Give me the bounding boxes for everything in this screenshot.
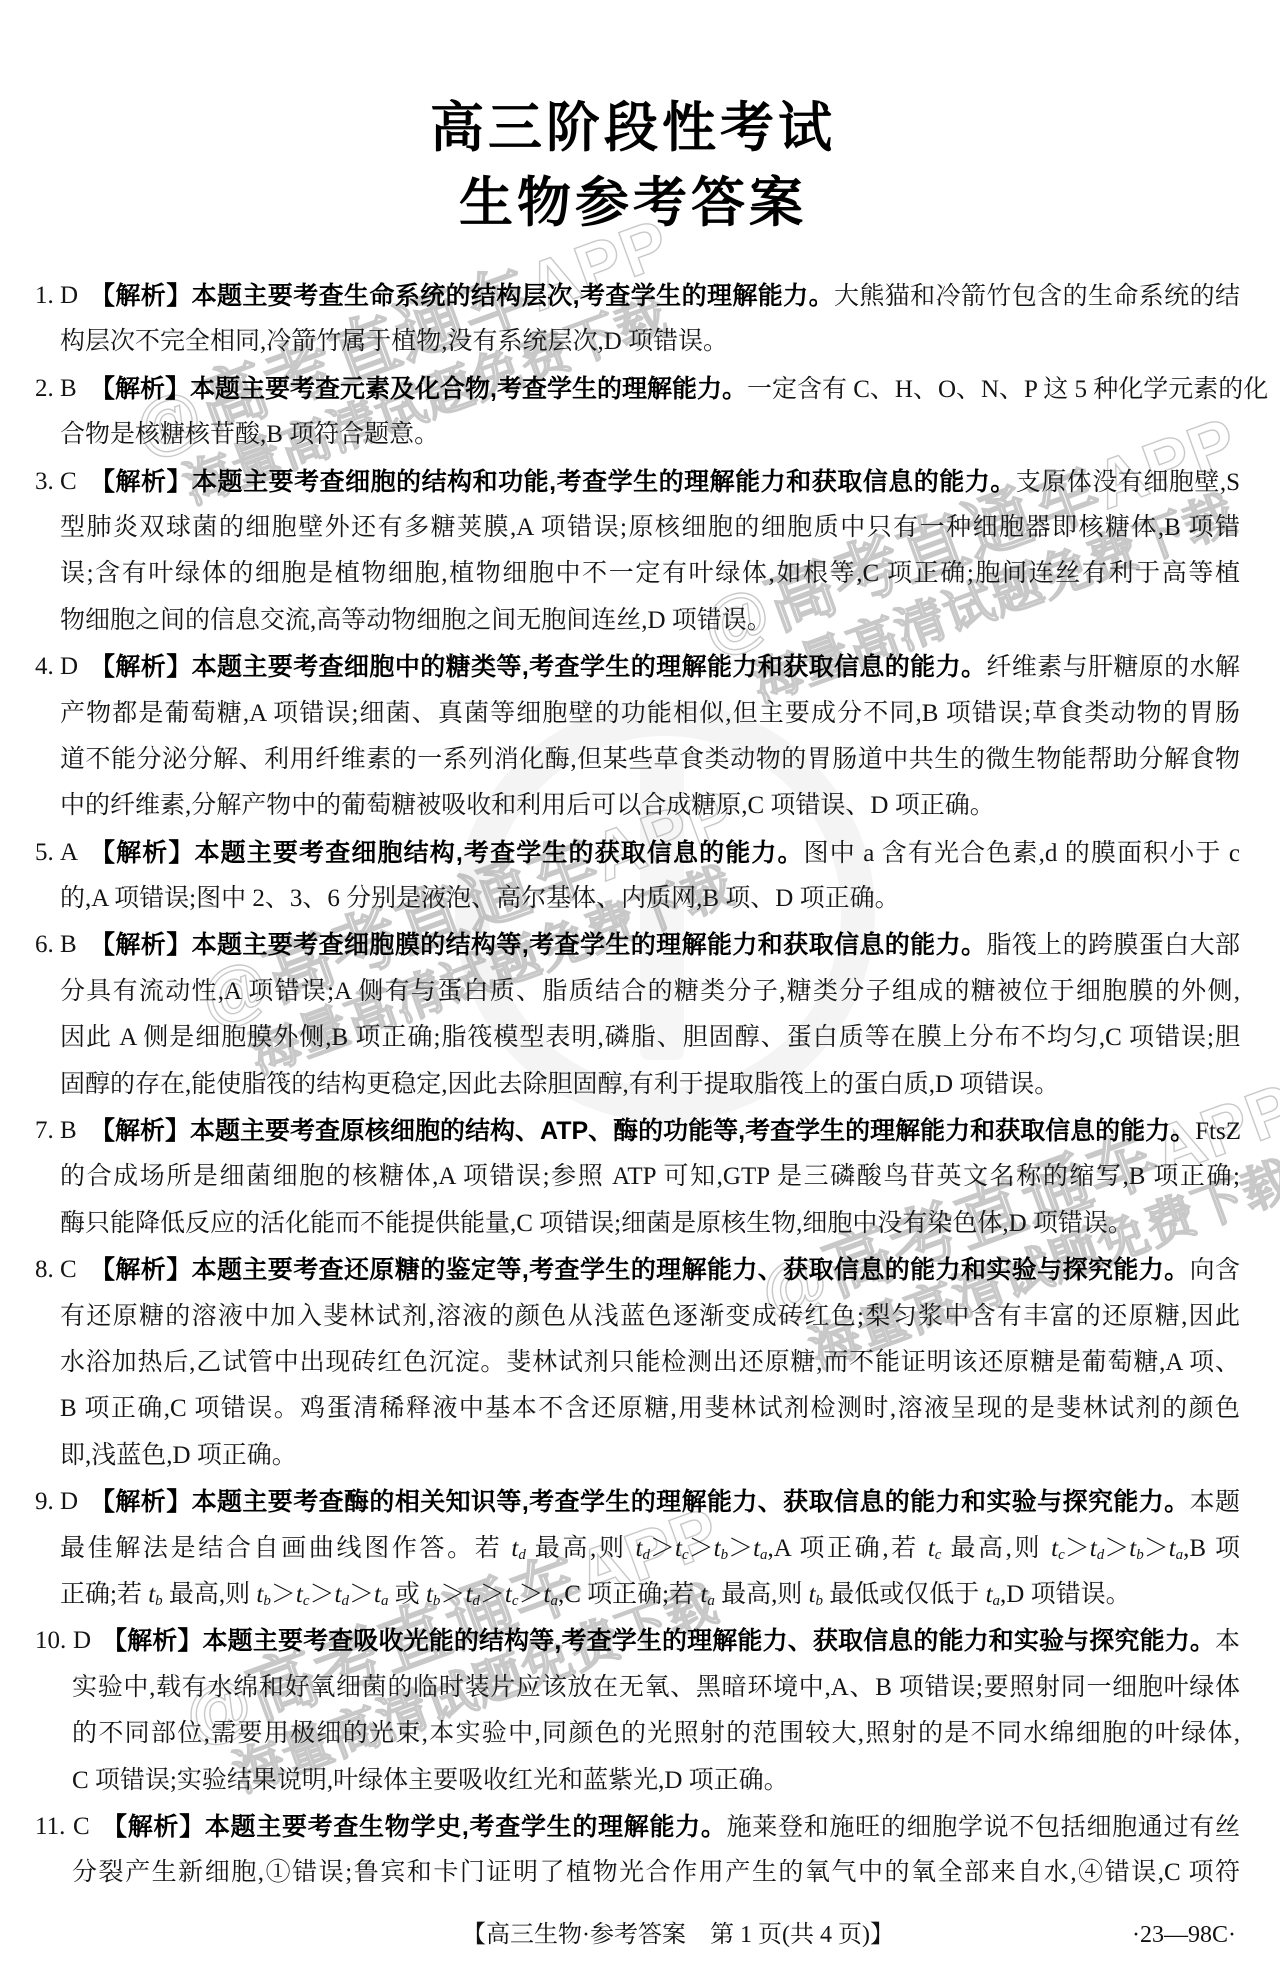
variable: ta <box>700 1581 714 1608</box>
analysis-line: 分具有流动性,A 项错误;A 侧有与蛋白质、脂质结合的糖类分子,糖类分子组成的糖… <box>0 969 1240 1015</box>
analysis-text: 【解析】本题主要考查细胞膜的结构等,考查学生的理解能力和获取信息的能力。脂筏上的… <box>90 922 1240 969</box>
analysis-text: 【解析】本题主要考查生物学史,考查学生的理解能力。施莱登和施旺的细胞学说不包括细… <box>102 1804 1240 1851</box>
variable: td <box>636 1535 650 1562</box>
question-number: 5. <box>35 830 54 876</box>
answer-list: 1. D 【解析】本题主要考查生命系统的结构层次,考查学生的理解能力。大熊猫和冷… <box>0 273 1280 1897</box>
analysis-line: 道不能分泌分解、利用纤维素的一系列消化酶,但某些草食类动物的胃肠道中共生的微生物… <box>0 737 1240 783</box>
analysis-line: 的合成场所是细菌细胞的核糖体,A 项错误;参照 ATP 可知,GTP 是三磷酸鸟… <box>0 1154 1240 1200</box>
answer-sheet-page: @高考直通车APP 海量高清试题免费下载 @高考直通车APP 海量高清试题免费下… <box>0 0 1280 1982</box>
analysis-line: 的不同部位,需要用极细的光束,本实验中,同颜色的光照射的范围较大,照射的是不同水… <box>0 1711 1240 1757</box>
analysis-text: 【解析】本题主要考查还原糖的鉴定等,考查学生的理解能力、获取信息的能力和实验与探… <box>90 1247 1240 1294</box>
analysis-line: 构层次不完全相同,冷箭竹属于植物,没有系统层次,D 项错误。 <box>0 319 1240 365</box>
analysis-tag: 【解析】 <box>90 375 190 403</box>
analysis-body: FtsZ <box>1195 1118 1241 1145</box>
answer-first-line: 7. B 【解析】本题主要考查原核细胞的结构、ATP、酶的功能等,考查学生的理解… <box>0 1108 1280 1154</box>
analysis-tag: 【解析】 <box>102 1627 203 1655</box>
analysis-line: 合物是核糖核苷酸,B 项符合题意。 <box>0 412 1240 458</box>
analysis-body: 一定含有 C、H、O、N、P 这 5 种化学元素的化 <box>747 376 1268 403</box>
analysis-line: 酶只能降低反应的活化能而不能提供能量,C 项错误;细菌是原核生物,细胞中没有染色… <box>0 1201 1240 1247</box>
analysis-line: 有还原糖的溶液中加入斐林试剂,溶液的颜色从浅蓝色逐渐变成砖红色;梨匀浆中含有丰富… <box>0 1294 1240 1340</box>
answer-letter: C <box>60 459 77 505</box>
analysis-line: 误;含有叶绿体的细胞是植物细胞,植物细胞中不一定有叶绿体,如根等,C 项正确;胞… <box>0 551 1240 597</box>
variable: tb <box>426 1581 440 1608</box>
variable: td <box>335 1581 349 1608</box>
analysis-text: 【解析】本题主要考查细胞的结构和功能,考查学生的理解能力和获取信息的能力。支原体… <box>90 459 1240 506</box>
analysis-line: 物细胞之间的信息交流,高等动物细胞之间无胞间连丝,D 项错误。 <box>0 598 1240 644</box>
answer-letter: A <box>60 830 78 876</box>
question-number: 1. <box>35 273 54 319</box>
analysis-tag: 【解析】 <box>90 839 195 867</box>
analysis-line: 因此 A 侧是细胞膜外侧,B 项正确;脂筏模型表明,磷脂、胆固醇、蛋白质等在膜上… <box>0 1015 1240 1061</box>
analysis-tag: 【解析】 <box>90 653 192 681</box>
answer-first-line: 4. D 【解析】本题主要考查细胞中的糖类等,考查学生的理解能力和获取信息的能力… <box>0 644 1280 690</box>
question-number: 8. <box>35 1247 54 1293</box>
analysis-line: C 项错误;实验结果说明,叶绿体主要吸收红光和蓝紫光,D 项正确。 <box>0 1758 1240 1804</box>
analysis-line: 固醇的存在,能使脂筏的结构更稳定,因此去除胆固醇,有利于提取脂筏上的蛋白质,D … <box>0 1062 1240 1108</box>
analysis-line: 实验中,载有水绵和好氧细菌的临时装片应该放在无氧、黑暗环境中,A、B 项错误;要… <box>0 1665 1240 1711</box>
variable: ta <box>1169 1535 1183 1562</box>
analysis-summary: 本题主要考查吸收光能的结构等,考查学生的理解能力、获取信息的能力和实验与探究能力… <box>203 1627 1215 1655</box>
variable: ta <box>544 1581 558 1608</box>
analysis-text: 【解析】本题主要考查细胞中的糖类等,考查学生的理解能力和获取信息的能力。纤维素与… <box>90 644 1240 691</box>
variable: td <box>511 1535 525 1562</box>
answer-letter: B <box>60 366 77 412</box>
analysis-text: 【解析】本题主要考查元素及化合物,考查学生的理解能力。一定含有 C、H、O、N、… <box>90 366 1240 413</box>
answer-item-11: 11. C 【解析】本题主要考查生物学史,考查学生的理解能力。施莱登和施旺的细胞… <box>0 1804 1280 1897</box>
variable: tb <box>714 1535 728 1562</box>
question-number: 7. <box>35 1108 54 1154</box>
variable: tc <box>928 1535 942 1562</box>
analysis-tag: 【解析】 <box>90 1256 192 1284</box>
analysis-body: 支原体没有细胞壁,S <box>1016 469 1240 496</box>
analysis-line: 分裂产生新细胞,①错误;鲁宾和卡门证明了植物光合作用产生的氧气中的氧全部来自水,… <box>0 1850 1240 1896</box>
answer-first-line: 6. B 【解析】本题主要考查细胞膜的结构等,考查学生的理解能力和获取信息的能力… <box>0 922 1280 968</box>
analysis-text: 【解析】本题主要考查生命系统的结构层次,考查学生的理解能力。大熊猫和冷箭竹包含的… <box>90 273 1240 320</box>
answer-item-3: 3. C 【解析】本题主要考查细胞的结构和功能,考查学生的理解能力和获取信息的能… <box>0 459 1280 645</box>
variable: ta <box>753 1535 767 1562</box>
answer-item-9: 9. D 【解析】本题主要考查酶的相关知识等,考查学生的理解能力、获取信息的能力… <box>0 1479 1280 1618</box>
answer-item-5: 5. A 【解析】本题主要考查细胞结构,考查学生的获取信息的能力。图中 a 含有… <box>0 830 1280 923</box>
analysis-summary: 本题主要考查原核细胞的结构、ATP、酶的功能等,考查学生的理解能力和获取信息的能… <box>190 1117 1195 1145</box>
analysis-tag: 【解析】 <box>90 931 192 959</box>
analysis-summary: 本题主要考查细胞中的糖类等,考查学生的理解能力和获取信息的能力。 <box>192 653 987 681</box>
variable: ta <box>374 1581 388 1608</box>
variable: tb <box>256 1581 270 1608</box>
analysis-line: B 项正确,C 项错误。鸡蛋清稀释液中基本不含还原糖,用斐林试剂检测时,溶液呈现… <box>0 1386 1240 1432</box>
answer-item-10: 10. D 【解析】本题主要考查吸收光能的结构等,考查学生的理解能力、获取信息的… <box>0 1618 1280 1804</box>
analysis-body: 脂筏上的跨膜蛋白大部 <box>986 932 1240 959</box>
answer-letter: D <box>60 273 78 319</box>
variable: td <box>1090 1535 1104 1562</box>
page-number-label: 【高三生物·参考答案 第 1 页(共 4 页)】 <box>462 1918 894 1952</box>
variable: tb <box>148 1581 162 1608</box>
answer-letter: D <box>60 644 78 690</box>
analysis-summary: 本题主要考查酶的相关知识等,考查学生的理解能力、获取信息的能力和实验与探究能力。 <box>192 1488 1190 1516</box>
question-number: 4. <box>35 644 54 690</box>
page-title: 高三阶段性考试 <box>0 96 1266 160</box>
analysis-summary: 本题主要考查生物学史,考查学生的理解能力。 <box>205 1813 727 1841</box>
answer-first-line: 5. A 【解析】本题主要考查细胞结构,考查学生的获取信息的能力。图中 a 含有… <box>0 830 1280 876</box>
variable: ta <box>986 1581 1000 1608</box>
analysis-text: 【解析】本题主要考查吸收光能的结构等,考查学生的理解能力、获取信息的能力和实验与… <box>102 1618 1240 1665</box>
analysis-summary: 本题主要考查细胞膜的结构等,考查学生的理解能力和获取信息的能力。 <box>192 931 987 959</box>
analysis-tag: 【解析】 <box>90 282 192 310</box>
analysis-line-formula: 最佳解法是结合自画曲线图作答。若 td 最高,则 td＞tc＞tb＞ta,A 项… <box>0 1526 1240 1572</box>
analysis-tag: 【解析】 <box>90 468 192 496</box>
analysis-tag: 【解析】 <box>102 1813 205 1841</box>
answer-item-2: 2. B 【解析】本题主要考查元素及化合物,考查学生的理解能力。一定含有 C、H… <box>0 366 1280 459</box>
analysis-summary: 本题主要考查细胞的结构和功能,考查学生的理解能力和获取信息的能力。 <box>192 468 1016 496</box>
variable: tc <box>675 1535 689 1562</box>
analysis-summary: 本题主要考查还原糖的鉴定等,考查学生的理解能力、获取信息的能力和实验与探究能力。 <box>192 1256 1190 1284</box>
analysis-body: 施莱登和施旺的细胞学说不包括细胞通过有丝 <box>727 1814 1240 1841</box>
analysis-summary: 本题主要考查生命系统的结构层次,考查学生的理解能力。 <box>192 282 834 310</box>
analysis-line: 即,浅蓝色,D 项正确。 <box>0 1433 1240 1479</box>
page-footer: 【高三生物·参考答案 第 1 页(共 4 页)】 ·23—98C· <box>0 1918 1280 1952</box>
answer-letter: C <box>73 1804 90 1850</box>
answer-first-line: 2. B 【解析】本题主要考查元素及化合物,考查学生的理解能力。一定含有 C、H… <box>0 366 1280 412</box>
answer-first-line: 1. D 【解析】本题主要考查生命系统的结构层次,考查学生的理解能力。大熊猫和冷… <box>0 273 1280 319</box>
answer-first-line: 8. C 【解析】本题主要考查还原糖的鉴定等,考查学生的理解能力、获取信息的能力… <box>0 1247 1280 1293</box>
answer-item-4: 4. D 【解析】本题主要考查细胞中的糖类等,考查学生的理解能力和获取信息的能力… <box>0 644 1280 830</box>
analysis-body: 本 <box>1215 1628 1240 1655</box>
analysis-line: 型肺炎双球菌的细胞壁外还有多糖荚膜,A 项错误;原核细胞的细胞质中只有一种细胞器… <box>0 505 1240 551</box>
analysis-line: 产物都是葡萄糖,A 项错误;细菌、真菌等细胞壁的功能相似,但主要成分不同,B 项… <box>0 691 1240 737</box>
answer-item-7: 7. B 【解析】本题主要考查原核细胞的结构、ATP、酶的功能等,考查学生的理解… <box>0 1108 1280 1247</box>
analysis-body: 图中 a 含有光合色素,d 的膜面积小于 c <box>804 840 1240 867</box>
answer-item-6: 6. B 【解析】本题主要考查细胞膜的结构等,考查学生的理解能力和获取信息的能力… <box>0 922 1280 1108</box>
variable: tb <box>809 1581 823 1608</box>
analysis-text: 【解析】本题主要考查原核细胞的结构、ATP、酶的功能等,考查学生的理解能力和获取… <box>90 1108 1240 1155</box>
variable: tc <box>296 1581 310 1608</box>
question-number: 11. <box>35 1804 65 1850</box>
answer-first-line: 10. D 【解析】本题主要考查吸收光能的结构等,考查学生的理解能力、获取信息的… <box>0 1618 1280 1664</box>
analysis-body: 大熊猫和冷箭竹包含的生命系统的结 <box>834 283 1240 310</box>
answer-letter: D <box>73 1618 91 1664</box>
question-number: 9. <box>35 1479 54 1525</box>
analysis-body: 纤维素与肝糖原的水解 <box>986 654 1240 681</box>
question-number: 6. <box>35 922 54 968</box>
analysis-line: 的,A 项错误;图中 2、3、6 分别是液泡、高尔基体、内质网,B 项、D 项正… <box>0 876 1240 922</box>
answer-first-line: 11. C 【解析】本题主要考查生物学史,考查学生的理解能力。施莱登和施旺的细胞… <box>0 1804 1280 1850</box>
analysis-line-formula: 正确;若 tb 最高,则 tb＞tc＞td＞ta 或 tb＞td＞tc＞ta,C… <box>0 1572 1240 1618</box>
analysis-body: 本题 <box>1190 1489 1240 1516</box>
analysis-tag: 【解析】 <box>90 1488 192 1516</box>
analysis-body: 向含 <box>1190 1257 1240 1284</box>
document-code: ·23—98C· <box>1132 1918 1236 1952</box>
answer-letter: B <box>60 922 77 968</box>
variable: td <box>465 1581 479 1608</box>
analysis-text: 【解析】本题主要考查酶的相关知识等,考查学生的理解能力、获取信息的能力和实验与探… <box>90 1479 1240 1526</box>
question-number: 10. <box>35 1618 66 1664</box>
analysis-line: 水浴加热后,乙试管中出现砖红色沉淀。斐林试剂只能检测出还原糖,而不能证明该还原糖… <box>0 1340 1240 1386</box>
variable: tb <box>1129 1535 1143 1562</box>
analysis-tag: 【解析】 <box>90 1117 190 1145</box>
answer-first-line: 3. C 【解析】本题主要考查细胞的结构和功能,考查学生的理解能力和获取信息的能… <box>0 459 1280 505</box>
answer-letter: C <box>60 1247 77 1293</box>
variable: tc <box>1051 1535 1065 1562</box>
answer-letter: D <box>60 1479 78 1525</box>
answer-item-1: 1. D 【解析】本题主要考查生命系统的结构层次,考查学生的理解能力。大熊猫和冷… <box>0 273 1280 366</box>
answer-letter: B <box>60 1108 77 1154</box>
analysis-text: 【解析】本题主要考查细胞结构,考查学生的获取信息的能力。图中 a 含有光合色素,… <box>90 830 1240 877</box>
analysis-summary: 本题主要考查元素及化合物,考查学生的理解能力。 <box>190 375 747 403</box>
answer-item-8: 8. C 【解析】本题主要考查还原糖的鉴定等,考查学生的理解能力、获取信息的能力… <box>0 1247 1280 1479</box>
variable: tc <box>505 1581 519 1608</box>
analysis-summary: 本题主要考查细胞结构,考查学生的获取信息的能力。 <box>195 839 804 867</box>
page-subtitle: 生物参考答案 <box>0 171 1266 235</box>
question-number: 3. <box>35 459 54 505</box>
analysis-line: 中的纤维素,分解产物中的葡萄糖被吸收和利用后可以合成糖原,C 项错误、D 项正确… <box>0 783 1240 829</box>
answer-first-line: 9. D 【解析】本题主要考查酶的相关知识等,考查学生的理解能力、获取信息的能力… <box>0 1479 1280 1525</box>
question-number: 2. <box>35 366 54 412</box>
